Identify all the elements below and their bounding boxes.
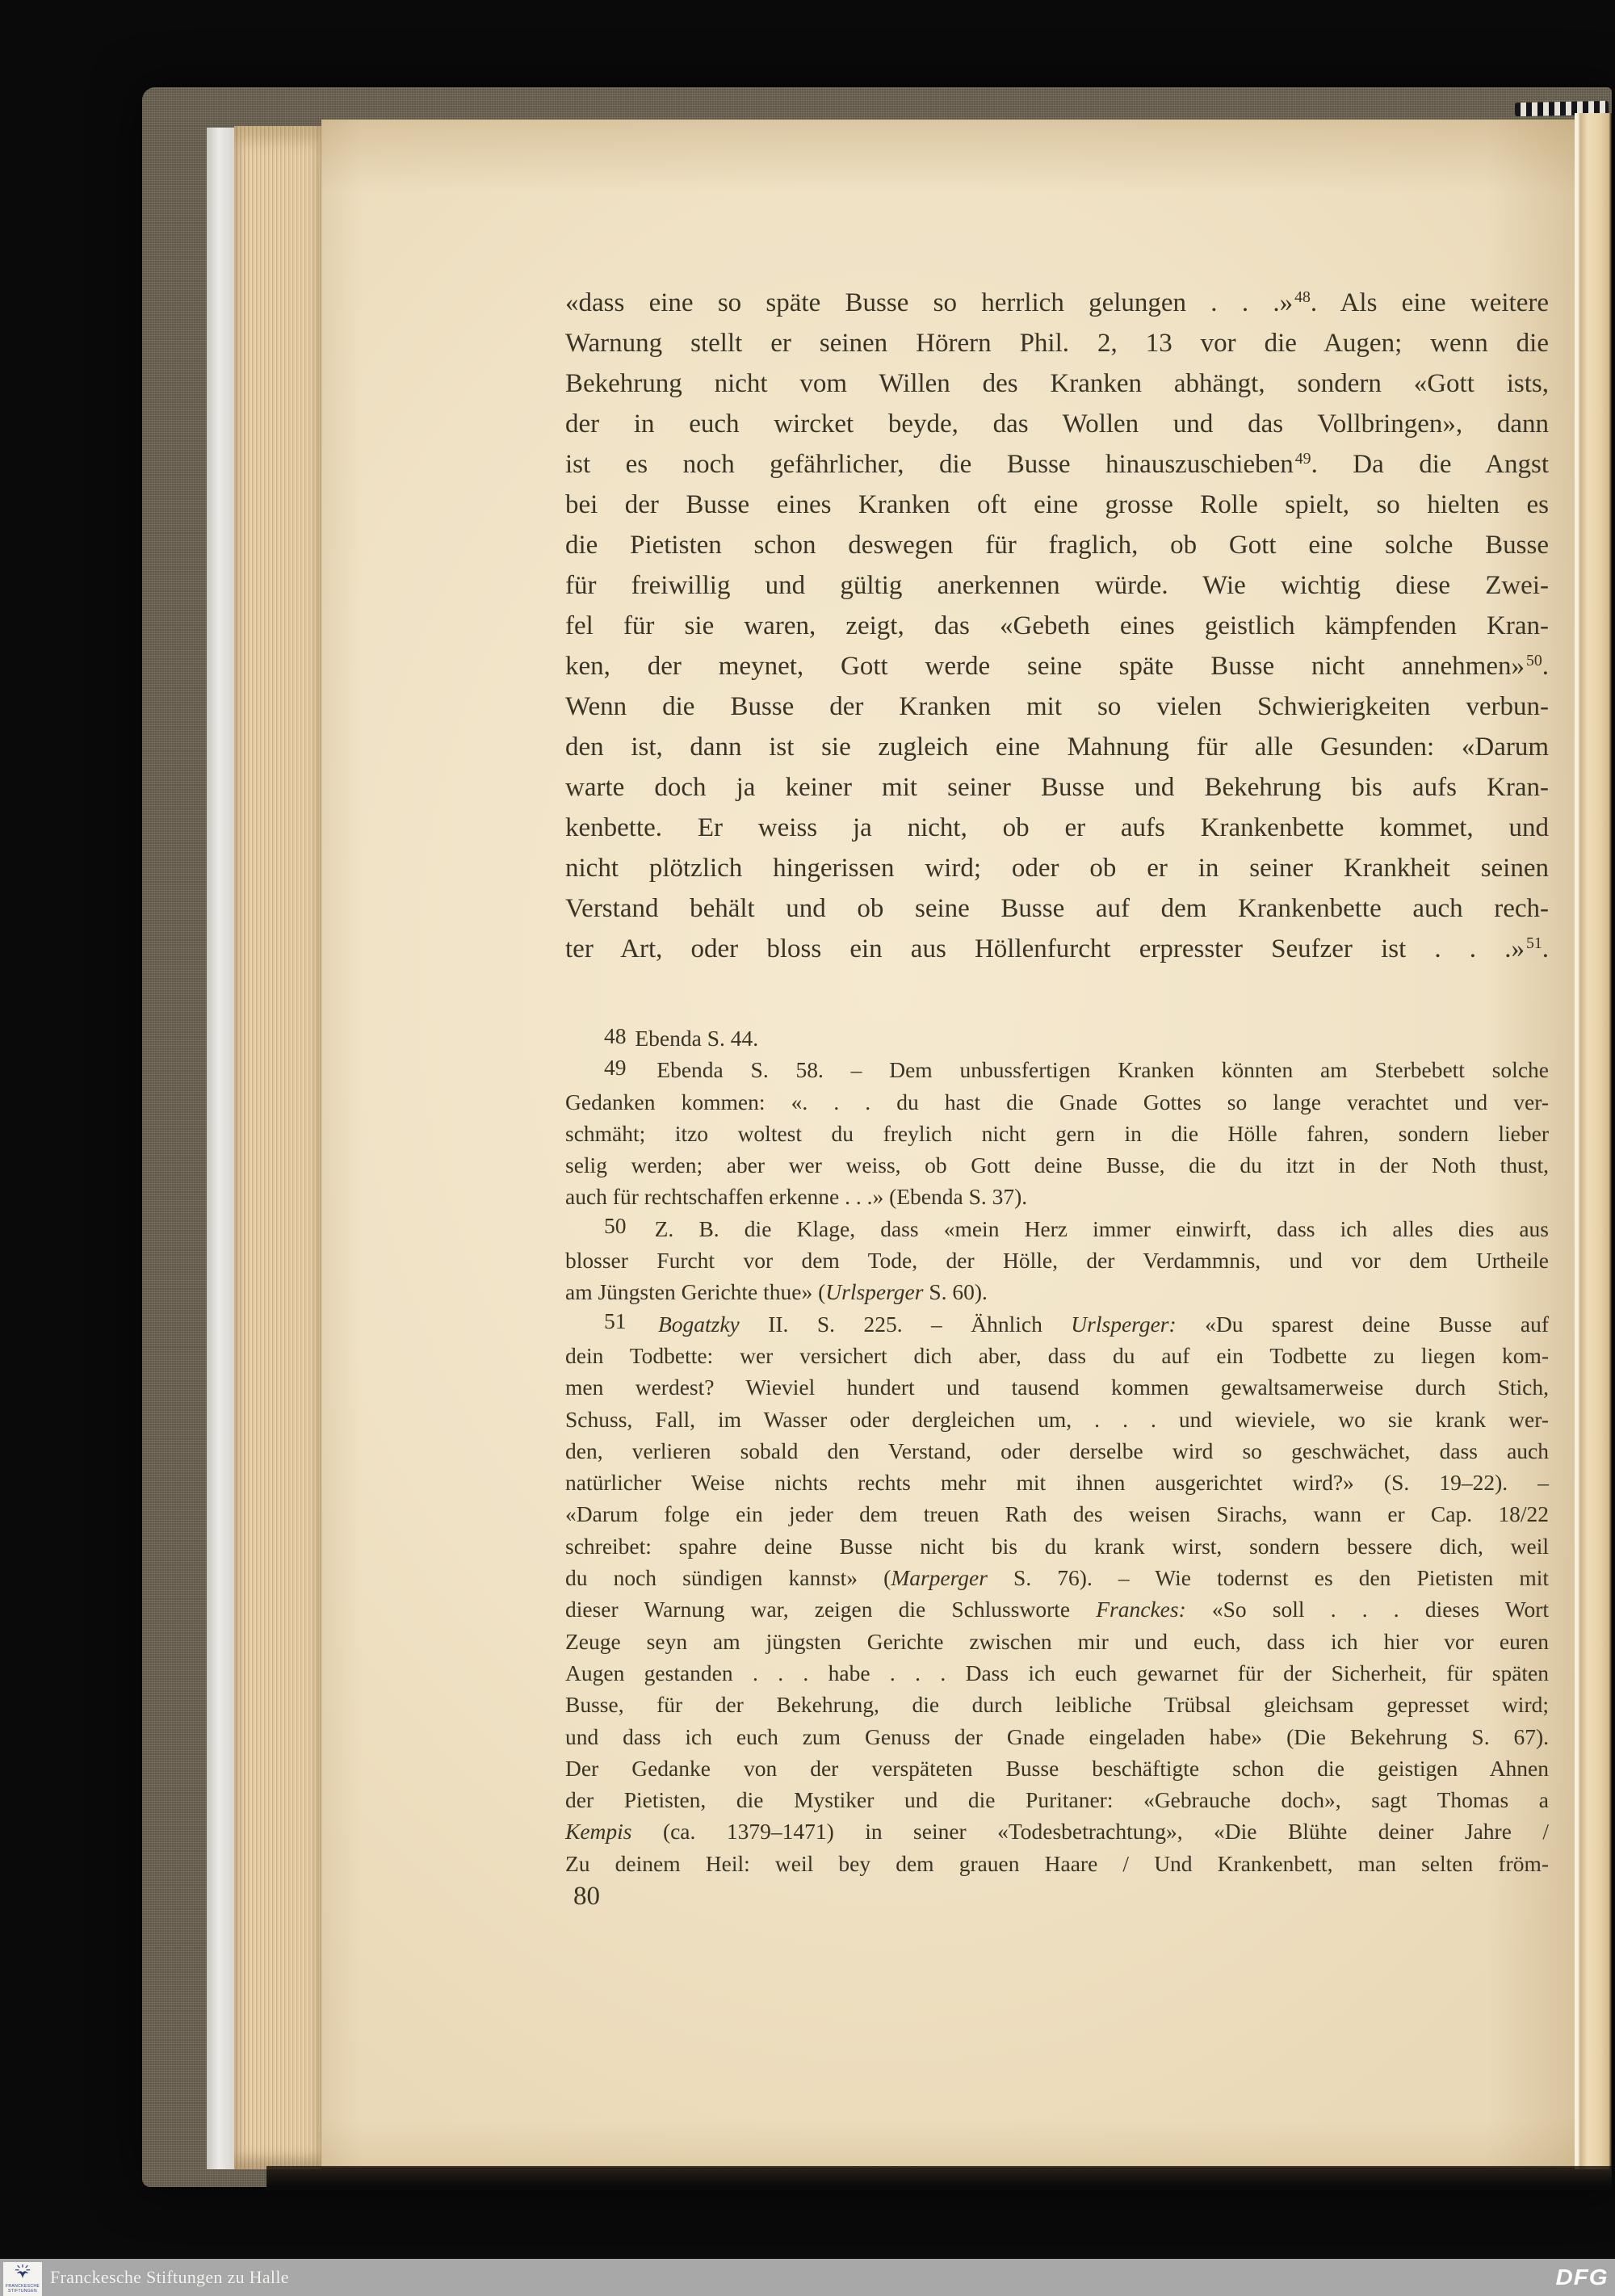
body-text-line: ist es noch gefährlicher, die Busse hina… bbox=[565, 444, 1549, 485]
body-text-line: den ist, dann ist sie zugleich eine Mahn… bbox=[565, 727, 1549, 767]
logo-text-line2: STIFTUNGEN bbox=[8, 2289, 37, 2294]
body-text: «dass eine so späte Busse so herrlich ge… bbox=[565, 283, 1549, 969]
body-text-line: ken, der meynet, Gott werde seine späte … bbox=[565, 646, 1549, 686]
body-text-line: «dass eine so späte Busse so herrlich ge… bbox=[565, 283, 1549, 323]
body-text-line: nicht plötzlich hingerissen wird; oder o… bbox=[565, 848, 1549, 888]
body-text-line: ter Art, oder bloss ein aus Höllenfurcht… bbox=[565, 929, 1549, 969]
footnote-line: dein Todbette: wer versichert dich aber,… bbox=[565, 1340, 1549, 1371]
footnote-line: 48 Ebenda S. 44. bbox=[565, 1022, 1549, 1054]
body-text-line: die Pietisten schon deswegen für fraglic… bbox=[565, 525, 1549, 565]
dfg-logo[interactable]: DFG bbox=[1555, 2259, 1608, 2296]
footnote-line: Der Gedanke von der verspäteten Busse be… bbox=[565, 1752, 1549, 1784]
body-text-line: Verstand behält und ob seine Busse auf d… bbox=[565, 888, 1549, 929]
book-page: «dass eine so späte Busse so herrlich ge… bbox=[321, 120, 1575, 2168]
footnote-line: und dass ich euch zum Genuss der Gnade e… bbox=[565, 1721, 1549, 1752]
footnote-line: Zu deinem Heil: weil bey dem grauen Haar… bbox=[565, 1848, 1549, 1879]
scan-background: «dass eine so späte Busse so herrlich ge… bbox=[0, 0, 1615, 2296]
franckesche-emblem-icon bbox=[13, 2264, 32, 2284]
footnote-line: natürlicher Weise nichts rechts mehr mit… bbox=[565, 1467, 1549, 1498]
page-bottom-shadow bbox=[266, 2166, 1612, 2190]
footnotes: 48 Ebenda S. 44.49 Ebenda S. 58. – Dem u… bbox=[565, 1022, 1549, 1879]
body-text-line: fel für sie waren, zeigt, das «Gebeth ei… bbox=[565, 606, 1549, 646]
institution-label[interactable]: Franckesche Stiftungen zu Halle bbox=[50, 2259, 289, 2296]
footnote-line: schmäht; itzo woltest du freylich nicht … bbox=[565, 1118, 1549, 1149]
footnote-line: selig werden; aber wer weiss, ob Gott de… bbox=[565, 1149, 1549, 1181]
body-text-line: der in euch wircket beyde, das Wollen un… bbox=[565, 404, 1549, 444]
footnote-line: am Jüngsten Gerichte thue» (Urlsperger S… bbox=[565, 1276, 1549, 1308]
body-text-line: für freiwillig und gültig anerkennen wür… bbox=[565, 565, 1549, 606]
footnote-line: blosser Furcht vor dem Tode, der Hölle, … bbox=[565, 1245, 1549, 1276]
footnote-line: Gedanken kommen: «. . . du hast die Gnad… bbox=[565, 1086, 1549, 1118]
footnote-line: du noch sündigen kannst» (Marperger S. 7… bbox=[565, 1562, 1549, 1593]
body-text-line: Warnung stellt er seinen Hörern Phil. 2,… bbox=[565, 323, 1549, 363]
page-fore-edge bbox=[1575, 113, 1612, 2169]
footnote-line: schreibet: spahre deine Busse nicht bis … bbox=[565, 1530, 1549, 1562]
footnote-line: Zeuge seyn am jüngsten Gerichte zwischen… bbox=[565, 1626, 1549, 1657]
body-text-line: warte doch ja keiner mit seiner Busse un… bbox=[565, 767, 1549, 808]
page-stack-edge bbox=[234, 126, 321, 2169]
footnote-line: 51 Bogatzky II. S. 225. – Ähnlich Urlspe… bbox=[565, 1308, 1549, 1340]
footnote-line: Kempis (ca. 1379–1471) in seiner «Todesb… bbox=[565, 1815, 1549, 1847]
footnote-line: 49 Ebenda S. 58. – Dem unbussfertigen Kr… bbox=[565, 1054, 1549, 1085]
footnote-line: auch für rechtschaffen erkenne . . .» (E… bbox=[565, 1181, 1549, 1212]
viewer-footer-bar: FRANCKESCHE STIFTUNGEN Franckesche Stift… bbox=[0, 2259, 1615, 2296]
footnote-line: Busse, für der Bekehrung, die durch leib… bbox=[565, 1689, 1549, 1720]
body-text-line: Bekehrung nicht vom Willen des Kranken a… bbox=[565, 363, 1549, 404]
footnote-line: men werdest? Wieviel hundert und tausend… bbox=[565, 1371, 1549, 1403]
footnote-line: der Pietisten, die Mystiker und die Puri… bbox=[565, 1784, 1549, 1815]
footnote-line: Schuss, Fall, im Wasser oder dergleichen… bbox=[565, 1404, 1549, 1435]
page-number: 80 bbox=[573, 1882, 600, 1912]
body-text-line: kenbette. Er weiss ja nicht, ob er aufs … bbox=[565, 808, 1549, 848]
body-text-line: Wenn die Busse der Kranken mit so vielen… bbox=[565, 686, 1549, 727]
footnote-line: dieser Warnung war, zeigen die Schlusswo… bbox=[565, 1593, 1549, 1625]
endpaper-edge bbox=[207, 128, 234, 2169]
body-text-line: bei der Busse eines Kranken oft eine gro… bbox=[565, 485, 1549, 525]
franckesche-stiftungen-logo[interactable]: FRANCKESCHE STIFTUNGEN bbox=[3, 2262, 42, 2296]
footnote-line: Augen gestanden . . . habe . . . Dass ic… bbox=[565, 1657, 1549, 1689]
footnote-line: «Darum folge ein jeder dem treuen Rath d… bbox=[565, 1498, 1549, 1530]
footnote-line: den, verlieren sobald den Verstand, oder… bbox=[565, 1435, 1549, 1467]
footnote-line: 50 Z. B. die Klage, dass «mein Herz imme… bbox=[565, 1213, 1549, 1245]
